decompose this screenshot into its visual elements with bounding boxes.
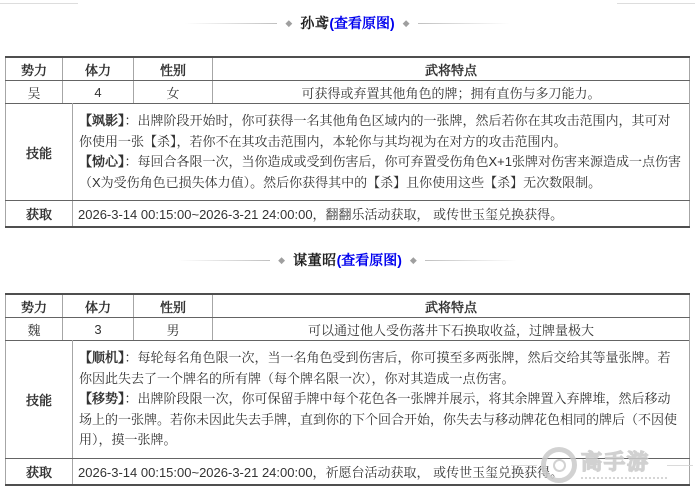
character-name: 谋董昭	[293, 250, 337, 270]
section-title-2: ◆ 谋董昭 (查看原图) ◆	[0, 250, 695, 270]
stats-value-row: 吴 4 女 可获得或弃置其他角色的牌；拥有直伤与多刀能力。	[6, 81, 690, 104]
faction-header: 势力	[6, 294, 63, 318]
title-deco-line	[425, 260, 517, 261]
title-deco-line	[418, 23, 510, 24]
skill-entry: 【飒影】：出牌阶段开始时，你可获得一名其他角色区域内的一张牌，然后若你在其攻击范…	[79, 111, 683, 152]
traits-header: 武将特点	[213, 57, 690, 81]
skill-name: 【飒影】	[79, 113, 125, 128]
page: ◆ 孙鸢 (查看原图) ◆ 势力 体力 性别 武将特点 吴 4 女 可获得或弃置…	[0, 0, 695, 489]
skill-entry: 【移势】：出牌阶段限一次，你可保留手牌中每个花色各一张牌并展示，将其余牌置入弃牌…	[79, 389, 683, 451]
gender-header: 性别	[134, 57, 213, 81]
hp-value: 3	[63, 318, 134, 341]
traits-header: 武将特点	[213, 294, 690, 318]
skill-name: 【恸心】	[79, 154, 125, 169]
gender-value: 女	[134, 81, 213, 104]
skill-desc: ：出牌阶段限一次，你可保留手牌中每个花色各一张牌并展示，将其余牌置入弃牌堆，然后…	[79, 391, 677, 447]
skills-label: 技能	[6, 341, 73, 459]
stats-value-row: 魏 3 男 可以通过他人受伤落井下石换取收益，过牌量极大	[6, 318, 690, 341]
gender-value: 男	[134, 318, 213, 341]
faction-value: 吴	[6, 81, 63, 104]
view-original-link[interactable]: (查看原图)	[337, 250, 402, 270]
skill-desc: ：出牌阶段开始时，你可获得一名其他角色区域内的一张牌，然后若你在其攻击范围内，其…	[79, 113, 671, 149]
acquire-label: 获取	[6, 201, 73, 228]
skill-name: 【顺机】	[79, 350, 125, 365]
detail-table-2: 技能 【顺机】：每轮每名角色限一次，当一名角色受到伤害后，你可摸至多两张牌，然后…	[5, 340, 690, 486]
section-title-1: ◆ 孙鸢 (查看原图) ◆	[0, 0, 695, 33]
top-divider-left	[0, 3, 78, 4]
title-deco-line	[178, 260, 270, 261]
traits-value: 可以通过他人受伤落井下石换取收益，过牌量极大	[213, 318, 690, 341]
skill-entry: 【恸心】：每回合各限一次，当你造成或受到伤害后，你可弃置受伤角色X+1张牌对伤害…	[79, 152, 683, 193]
title-deco-line	[185, 23, 277, 24]
stats-header-row: 势力 体力 性别 武将特点	[6, 294, 690, 318]
acquire-value: 2026-3-14 00:15:00~2026-3-21 24:00:00，祈愿…	[73, 458, 690, 485]
skills-content: 【飒影】：出牌阶段开始时，你可获得一名其他角色区域内的一张牌，然后若你在其攻击范…	[73, 104, 690, 201]
diamond-icon: ◆	[278, 256, 285, 265]
acquire-label: 获取	[6, 458, 73, 485]
skill-desc: ：每轮每名角色限一次，当一名角色受到伤害后，你可摸至多两张牌，然后交给其等量张牌…	[79, 350, 671, 386]
diamond-icon: ◆	[285, 19, 292, 28]
detail-table-1: 技能 【飒影】：出牌阶段开始时，你可获得一名其他角色区域内的一张牌，然后若你在其…	[5, 103, 690, 228]
skill-desc: ：每回合各限一次，当你造成或受到伤害后，你可弃置受伤角色X+1张牌对伤害来源造成…	[79, 154, 681, 190]
diamond-icon: ◆	[410, 256, 417, 265]
faction-value: 魏	[6, 318, 63, 341]
acquire-row: 获取 2026-3-14 00:15:00~2026-3-21 24:00:00…	[6, 201, 690, 228]
stats-table-2: 势力 体力 性别 武将特点 魏 3 男 可以通过他人受伤落井下石换取收益，过牌量…	[5, 293, 690, 341]
skills-content: 【顺机】：每轮每名角色限一次，当一名角色受到伤害后，你可摸至多两张牌，然后交给其…	[73, 341, 690, 459]
view-original-link[interactable]: (查看原图)	[329, 13, 394, 33]
skills-label: 技能	[6, 104, 73, 201]
hp-value: 4	[63, 81, 134, 104]
gender-header: 性别	[134, 294, 213, 318]
character-name: 孙鸢	[300, 13, 329, 33]
acquire-value: 2026-3-14 00:15:00~2026-3-21 24:00:00，翻翻…	[73, 201, 690, 228]
skill-name: 【移势】	[79, 391, 125, 406]
traits-value: 可获得或弃置其他角色的牌；拥有直伤与多刀能力。	[213, 81, 690, 104]
faction-header: 势力	[6, 57, 63, 81]
hp-header: 体力	[63, 57, 134, 81]
diamond-icon: ◆	[403, 19, 410, 28]
top-divider-right	[617, 3, 695, 4]
acquire-row: 获取 2026-3-14 00:15:00~2026-3-21 24:00:00…	[6, 458, 690, 485]
skills-row: 技能 【飒影】：出牌阶段开始时，你可获得一名其他角色区域内的一张牌，然后若你在其…	[6, 104, 690, 201]
hp-header: 体力	[63, 294, 134, 318]
skills-row: 技能 【顺机】：每轮每名角色限一次，当一名角色受到伤害后，你可摸至多两张牌，然后…	[6, 341, 690, 459]
skill-entry: 【顺机】：每轮每名角色限一次，当一名角色受到伤害后，你可摸至多两张牌，然后交给其…	[79, 348, 683, 389]
stats-table-1: 势力 体力 性别 武将特点 吴 4 女 可获得或弃置其他角色的牌；拥有直伤与多刀…	[5, 56, 690, 104]
stats-header-row: 势力 体力 性别 武将特点	[6, 57, 690, 81]
